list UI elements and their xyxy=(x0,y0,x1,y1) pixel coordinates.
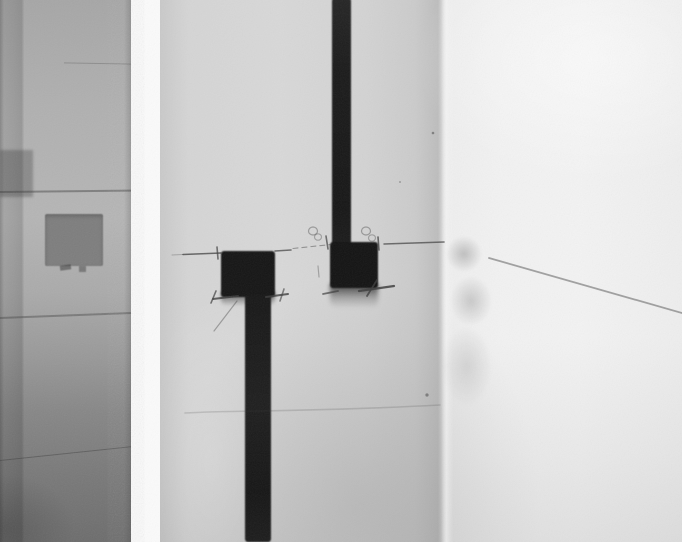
tick-mark xyxy=(318,266,319,277)
plaster-speck xyxy=(425,393,428,396)
wall-seam-line-upper xyxy=(64,62,132,64)
photo-collage xyxy=(0,0,682,542)
level-line-a xyxy=(183,253,221,255)
left-photo-panel xyxy=(0,0,131,542)
level-line-d xyxy=(384,242,444,244)
level-line-lead xyxy=(172,255,183,256)
tick-mark xyxy=(266,294,288,297)
wall-seam-line-middle xyxy=(0,190,131,193)
pencil-marks-layer xyxy=(160,0,682,542)
level-line-c xyxy=(293,245,331,249)
scribble-mark xyxy=(315,234,322,240)
scribble-mark xyxy=(369,235,376,241)
level-line-b xyxy=(275,250,291,251)
scribble-mark xyxy=(362,227,371,235)
tick-mark xyxy=(217,247,218,259)
panel-right-edge-shade xyxy=(124,0,131,542)
patch-debris-speck xyxy=(79,266,86,272)
tick-mark xyxy=(211,291,216,303)
gutter-divider xyxy=(131,0,160,542)
tick-mark xyxy=(213,296,238,299)
tick-mark xyxy=(359,286,394,291)
stain-line xyxy=(185,405,440,413)
tick-mark xyxy=(323,291,338,294)
patch-debris-speck xyxy=(60,264,72,270)
tick-mark xyxy=(378,237,379,250)
plaster-speck xyxy=(399,181,401,183)
plaster-speck xyxy=(432,132,435,135)
level-line-right-face xyxy=(489,258,682,313)
scratch-line xyxy=(214,301,237,331)
tick-mark xyxy=(326,236,328,249)
wall-patch-square xyxy=(45,214,103,266)
main-photo-panel xyxy=(160,0,682,542)
